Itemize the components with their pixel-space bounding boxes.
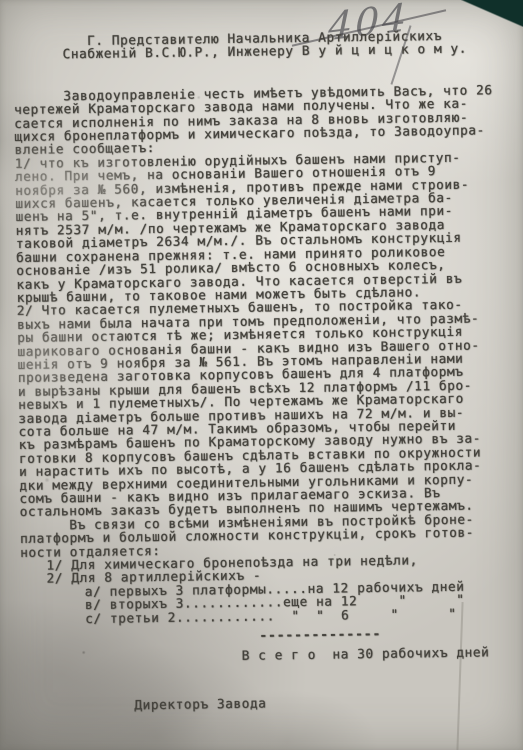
scanned-letter-photo: 404 Г. Представителю Начальника Артиллер…: [0, 0, 523, 750]
divider-line: --------------: [259, 626, 523, 643]
paragraph-item-2: 2/ Что касается пулеметныхъ башенъ, то п…: [17, 298, 523, 520]
recipient-header: Г. Представителю Начальника Артиллерійск…: [13, 29, 516, 63]
paragraph-deadlines-intro: Въ связи со всѣми измѣненіями въ построй…: [20, 513, 523, 560]
paragraph-intro: Заводоуправленіе честь имѣетъ увѣдомить …: [14, 84, 518, 158]
letter-content: Г. Представителю Начальника Артиллерійск…: [13, 29, 523, 714]
paragraph-item-1: 1/ что къ изготовленію орудійныхъ башенъ…: [15, 151, 520, 305]
total-line: В с е г о на 30 рабочихъ дней: [242, 646, 523, 663]
page-corner-shadow: [461, 0, 523, 27]
